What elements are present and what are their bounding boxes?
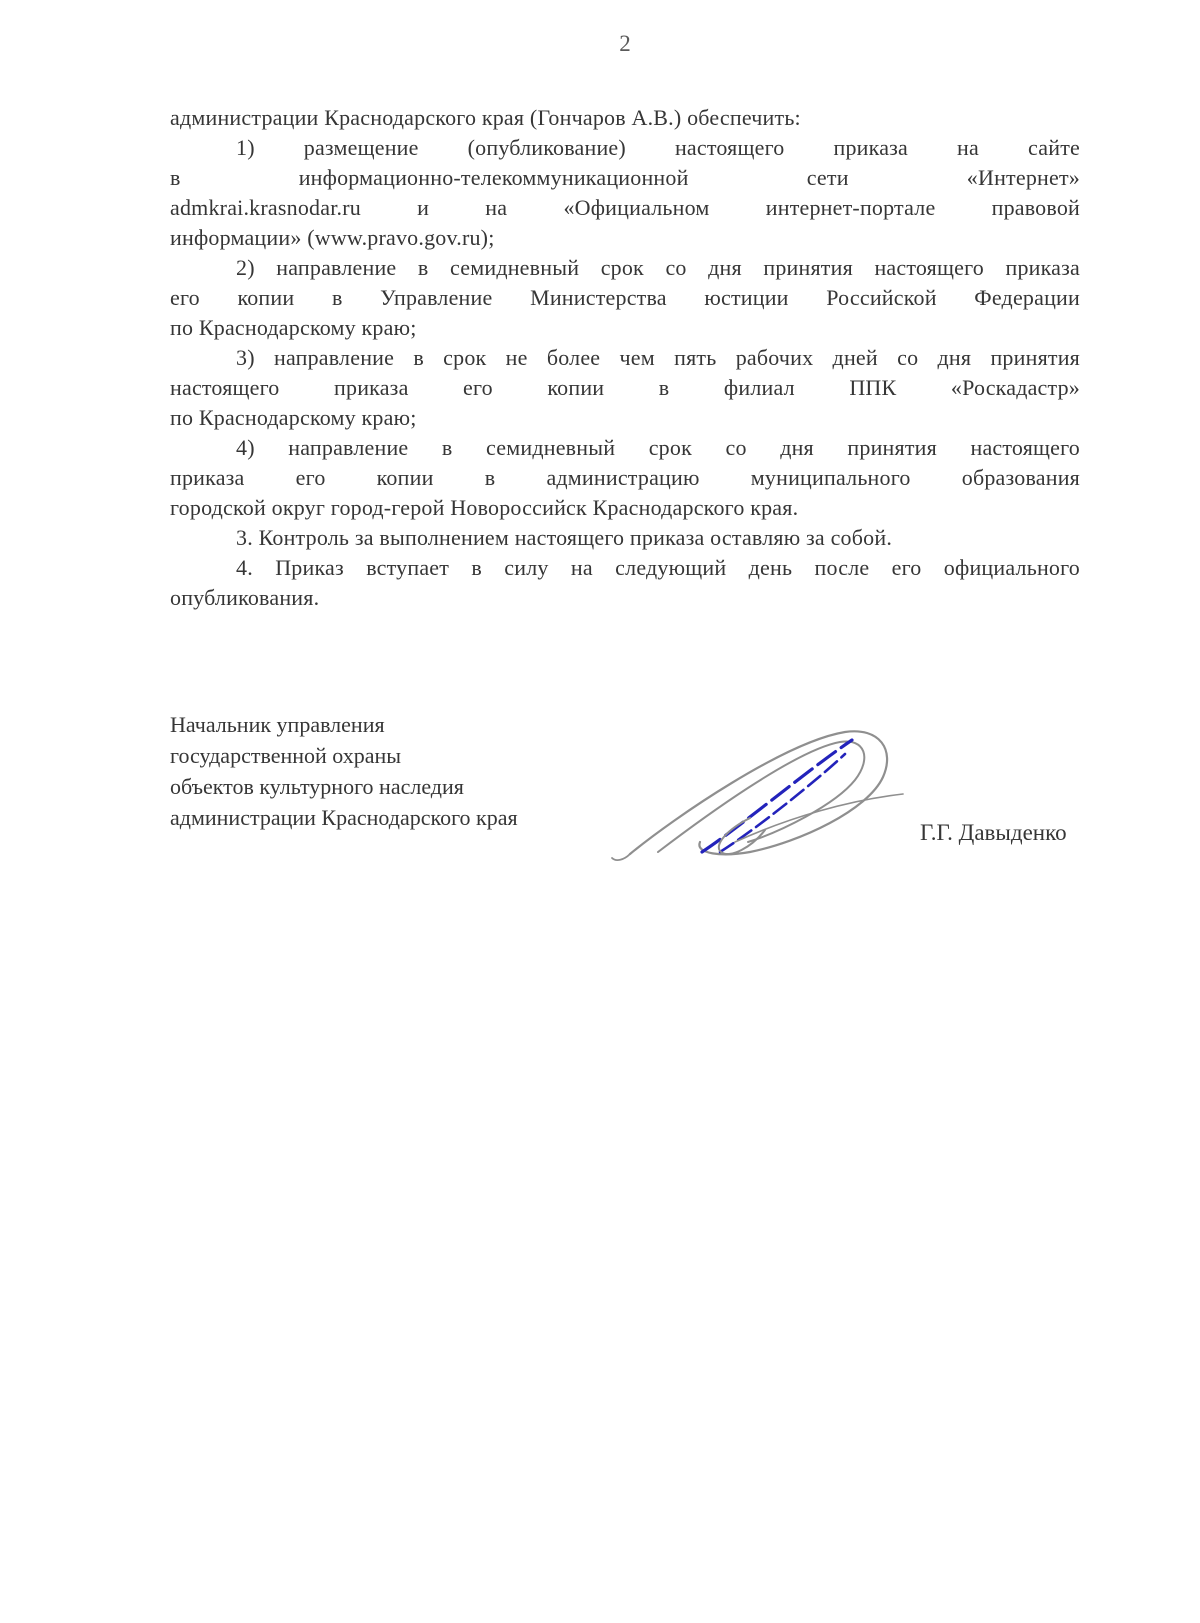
body-line: настоящего приказа его копии в филиал ПП… xyxy=(170,373,1080,403)
signatory-position: Начальник управления государственной охр… xyxy=(170,709,640,833)
body-line: в информационно-телекоммуникационной сет… xyxy=(170,163,1080,193)
body-line: 3) направление в срок не более чем пять … xyxy=(170,343,1080,373)
document-body: администрации Краснодарского края (Гонча… xyxy=(170,103,1080,613)
body-line: 1) размещение (опубликование) настоящего… xyxy=(170,133,1080,163)
body-line: информации» (www.pravo.gov.ru); xyxy=(170,223,1080,253)
body-line: 3. Контроль за выполнением настоящего пр… xyxy=(170,523,1080,553)
signatory-position-line: объектов культурного наследия xyxy=(170,771,640,802)
body-line: городской округ город-герой Новороссийск… xyxy=(170,493,1080,523)
page-number: 2 xyxy=(170,31,1080,57)
body-line: 2) направление в семидневный срок со дня… xyxy=(170,253,1080,283)
signatory-position-line: Начальник управления xyxy=(170,709,640,740)
body-line: по Краснодарскому краю; xyxy=(170,313,1080,343)
signee-name: Г.Г. Давыденко xyxy=(920,820,1067,846)
body-line: по Краснодарскому краю; xyxy=(170,403,1080,433)
signatory-position-line: администрации Краснодарского края xyxy=(170,802,640,833)
body-line: приказа его копии в администрацию муници… xyxy=(170,463,1080,493)
document-page: 2 администрации Краснодарского края (Гон… xyxy=(0,0,1200,1623)
body-line: опубликования. xyxy=(170,583,1080,613)
signature-stroke-blue xyxy=(720,754,845,852)
body-line: 4. Приказ вступает в силу на следующий д… xyxy=(170,553,1080,583)
body-line: 4) направление в семидневный срок со дня… xyxy=(170,433,1080,463)
handwritten-signature-icon xyxy=(600,702,910,862)
signature-stroke xyxy=(612,854,630,860)
body-line: его копии в Управление Министерства юсти… xyxy=(170,283,1080,313)
body-line: admkrai.krasnodar.ru и на «Официальном и… xyxy=(170,193,1080,223)
body-line: администрации Краснодарского края (Гонча… xyxy=(170,103,1080,133)
signature-stroke xyxy=(630,731,887,854)
signatory-position-line: государственной охраны xyxy=(170,740,640,771)
